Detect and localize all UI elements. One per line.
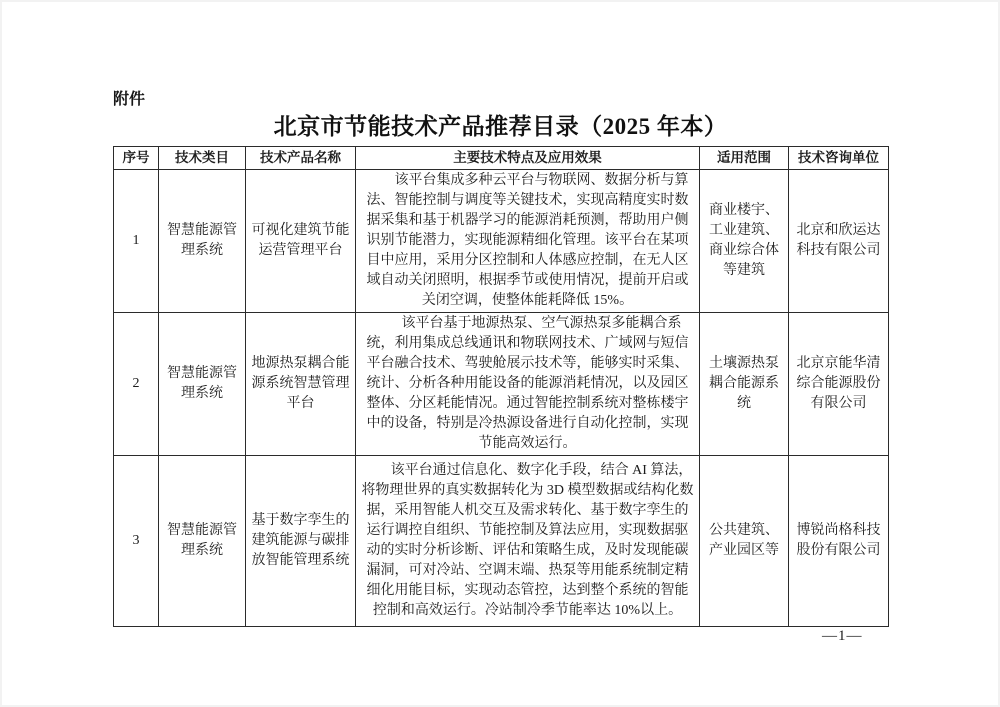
serial-number-cell: 2 — [114, 313, 159, 456]
table-header-row: 序号 技术类目 技术产品名称 主要技术特点及应用效果 适用范围 技术咨询单位 — [114, 147, 889, 170]
header-product-name: 技术产品名称 — [246, 147, 356, 170]
catalog-table: 序号 技术类目 技术产品名称 主要技术特点及应用效果 适用范围 技术咨询单位 1… — [113, 146, 889, 627]
page-number: —1— — [822, 628, 863, 645]
scope-cell: 公共建筑、产业园区等 — [700, 456, 789, 627]
features-cell: 该平台通过信息化、数字化手段，结合 AI 算法，将物理世界的真实数据转化为 3D… — [356, 456, 700, 627]
consultant-cell: 北京京能华清综合能源股份有限公司 — [789, 313, 889, 456]
attachment-label: 附件 — [113, 86, 145, 109]
table-row: 1 智慧能源管理系统 可视化建筑节能运营管理平台 该平台集成多种云平台与物联网、… — [114, 170, 889, 313]
scope-cell: 商业楼宇、工业建筑、商业综合体等建筑 — [700, 170, 789, 313]
category-cell: 智慧能源管理系统 — [159, 170, 246, 313]
features-cell: 该平台基于地源热泵、空气源热泵多能耦合系统，利用集成总线通讯和物联网技术、广域网… — [356, 313, 700, 456]
serial-number-cell: 3 — [114, 456, 159, 627]
table-row: 3 智慧能源管理系统 基于数字孪生的建筑能源与碳排放智能管理系统 该平台通过信息… — [114, 456, 889, 627]
header-applicable-scope: 适用范围 — [700, 147, 789, 170]
serial-number-cell: 1 — [114, 170, 159, 313]
consultant-cell: 北京和欣运达科技有限公司 — [789, 170, 889, 313]
product-name-cell: 基于数字孪生的建筑能源与碳排放智能管理系统 — [246, 456, 356, 627]
category-cell: 智慧能源管理系统 — [159, 313, 246, 456]
features-text: 该平台通过信息化、数字化手段，结合 AI 算法，将物理世界的真实数据转化为 3D… — [360, 461, 695, 621]
page-title: 北京市节能技术产品推荐目录（2025 年本） — [113, 108, 888, 141]
features-text: 该平台基于地源热泵、空气源热泵多能耦合系统，利用集成总线通讯和物联网技术、广域网… — [360, 314, 695, 454]
product-name-cell: 地源热泵耦合能源系统智慧管理平台 — [246, 313, 356, 456]
features-text: 该平台集成多种云平台与物联网、数据分析与算法、智能控制与调度等关键技术，实现高精… — [360, 171, 695, 311]
header-consulting-unit: 技术咨询单位 — [789, 147, 889, 170]
product-name-cell: 可视化建筑节能运营管理平台 — [246, 170, 356, 313]
category-cell: 智慧能源管理系统 — [159, 456, 246, 627]
header-serial-number: 序号 — [114, 147, 159, 170]
header-main-features: 主要技术特点及应用效果 — [356, 147, 700, 170]
document-page: 附件 北京市节能技术产品推荐目录（2025 年本） 序号 技术类目 技术产品名称… — [0, 0, 1000, 707]
scope-cell: 土壤源热泵耦合能源系统 — [700, 313, 789, 456]
table-row: 2 智慧能源管理系统 地源热泵耦合能源系统智慧管理平台 该平台基于地源热泵、空气… — [114, 313, 889, 456]
features-cell: 该平台集成多种云平台与物联网、数据分析与算法、智能控制与调度等关键技术，实现高精… — [356, 170, 700, 313]
header-technology-category: 技术类目 — [159, 147, 246, 170]
consultant-cell: 博锐尚格科技股份有限公司 — [789, 456, 889, 627]
